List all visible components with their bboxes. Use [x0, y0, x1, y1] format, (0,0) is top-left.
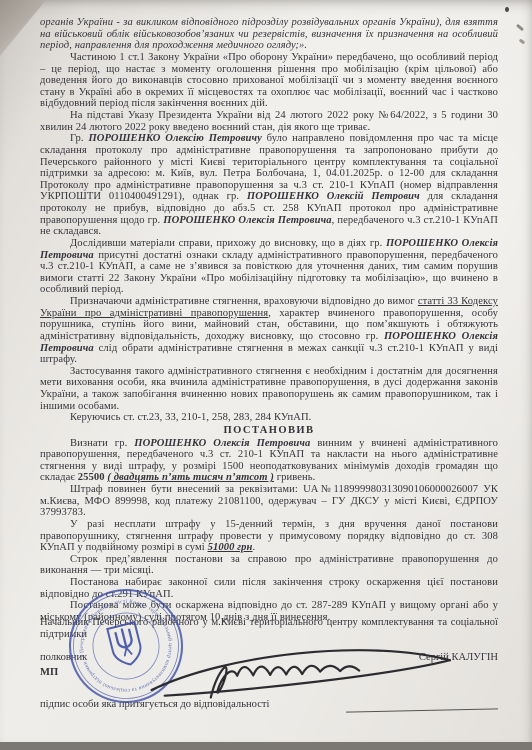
document-body: органів України - за викликом відповідно…: [40, 17, 498, 624]
decision-heading: ПОСТАНОВИВ: [40, 425, 498, 437]
verdict-paragraph: Визнати гр. ПОРОШЕНКО Олексія Петровича …: [40, 438, 498, 485]
term-paragraph: Строк пред’явлення постанови за справою …: [40, 554, 498, 577]
penalty-selection-paragraph: Призначаючи адміністративне стягнення, в…: [40, 296, 498, 366]
photo-frame: органів України - за викликом відповідно…: [0, 0, 532, 750]
notification-paragraph: Гр. ПОРОШЕНКО Олексію Петровичу було нап…: [40, 133, 498, 238]
findings-paragraph: Дослідивши матеріали справи, прихожу до …: [40, 238, 498, 296]
nonpayment-paragraph: У разі несплати штрафу у 15-денний термі…: [40, 519, 498, 554]
payment-details-paragraph: Штраф повинен бути внесений за реквізита…: [40, 484, 498, 519]
guided-by-paragraph: Керуючись ст. ст.23, 33, 210-1, 258, 283…: [40, 412, 498, 424]
paper-speck: [505, 7, 509, 12]
martial-law-paragraph: На підставі Указу Президента України від…: [40, 110, 498, 133]
trident-icon: [107, 622, 144, 668]
justification-paragraph: Застосування такого адміністративного ст…: [40, 366, 498, 413]
quote-continuation: органів України - за викликом відповідно…: [40, 17, 498, 52]
signature-scrawl: [145, 624, 465, 708]
law-defense-paragraph: Частиною 1 ст.1 Закону України «Про обор…: [40, 52, 498, 110]
